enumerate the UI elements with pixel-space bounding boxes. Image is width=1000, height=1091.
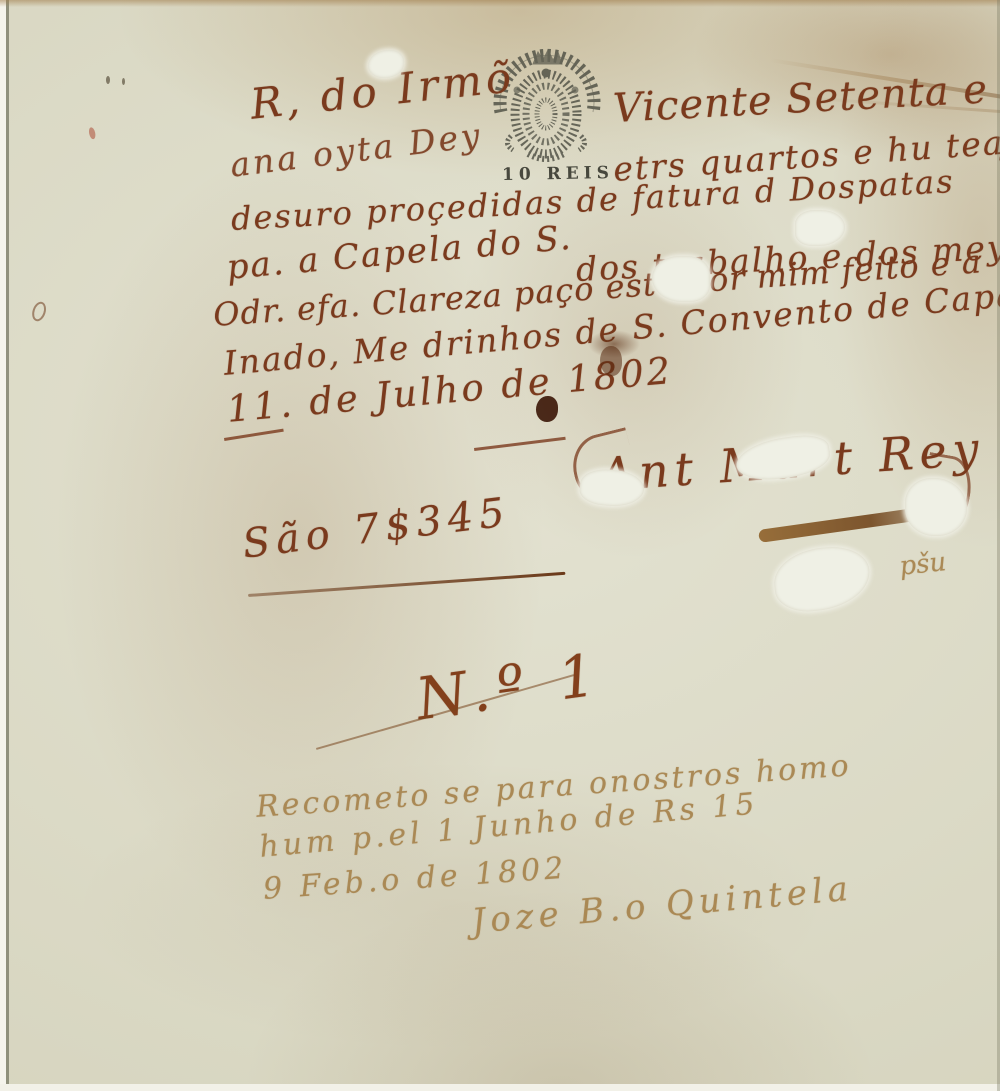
paper-damage <box>652 256 710 302</box>
paper-edge-left-shadow <box>6 0 9 1091</box>
paper-edge-top <box>0 0 1000 7</box>
ink-blot <box>536 396 558 422</box>
ink-smudge <box>600 346 622 376</box>
rubric-mark: pšu <box>898 547 948 582</box>
speck <box>106 76 110 84</box>
paper-damage <box>905 478 967 536</box>
speck <box>122 78 125 85</box>
document-scan: 10 REIS R, do Irmõ Vicente Setenta e ana… <box>0 0 1000 1091</box>
paper-edge-bottom <box>0 1084 1000 1091</box>
